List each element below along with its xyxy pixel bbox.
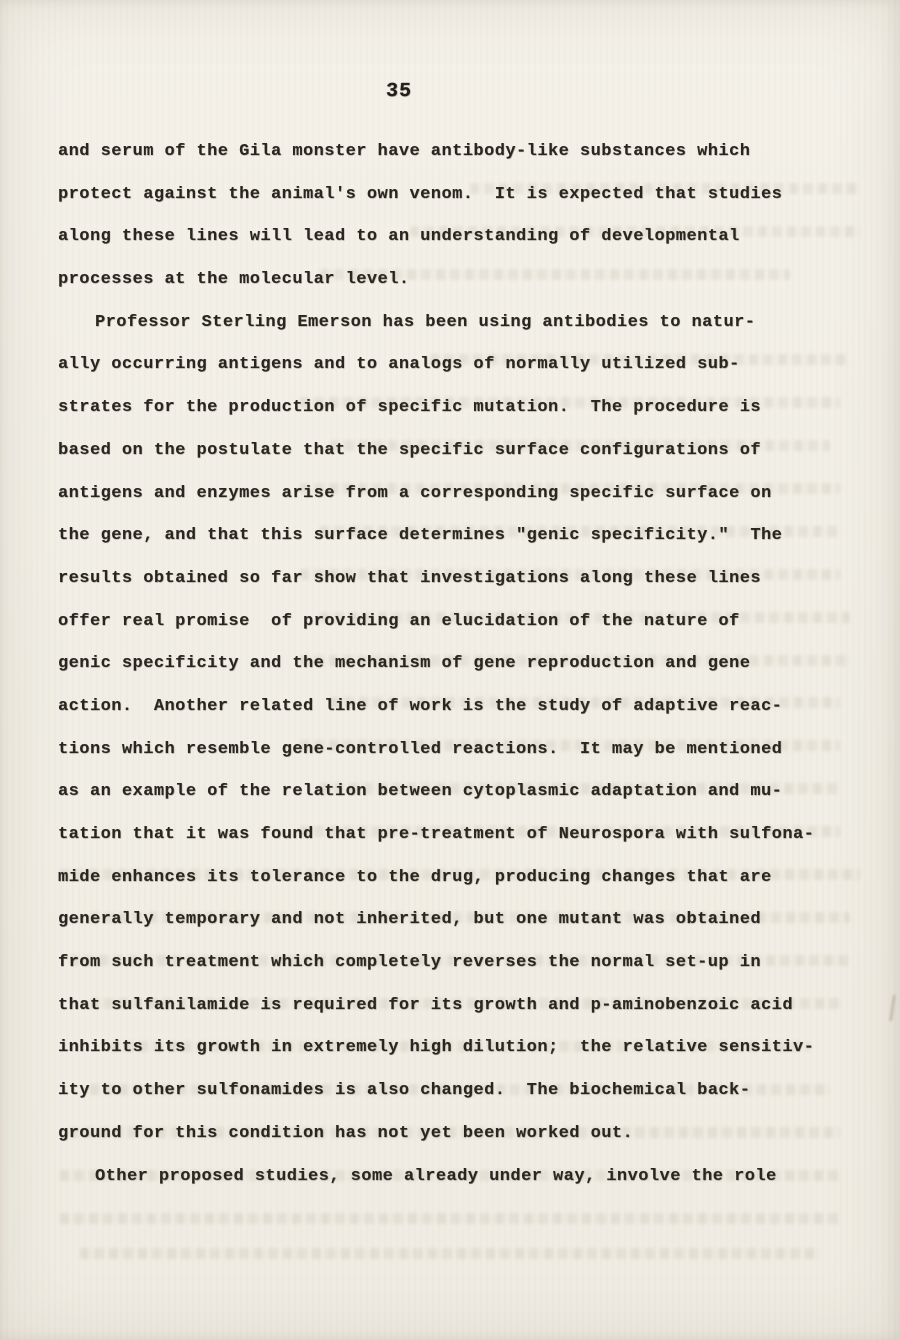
bleed-through-line [80,1248,820,1259]
text-line: Other proposed studies, some already und… [58,1156,858,1199]
text-line: action. Another related line of work is … [58,686,858,729]
text-line: tation that it was found that pre-treatm… [58,814,858,857]
text-line: mide enhances its tolerance to the drug,… [58,857,858,900]
text-line: Professor Sterling Emerson has been usin… [58,302,858,345]
text-line: processes at the molecular level. [58,259,858,302]
page-text: and serum of the Gila monster have antib… [58,131,858,1198]
scanned-document-page: { "document": { "page_number": "35", "li… [0,0,900,1340]
text-line: inhibits its growth in extremely high di… [58,1027,858,1070]
page-number: 35 [386,80,413,103]
text-line: strates for the production of specific m… [58,387,858,430]
text-line: ity to other sulfonamides is also change… [58,1070,858,1113]
text-line: based on the postulate that the specific… [58,430,858,473]
text-line: along these lines will lead to an unders… [58,216,858,259]
text-line: results obtained so far show that invest… [58,558,858,601]
text-line: tions which resemble gene-controlled rea… [58,729,858,772]
scan-edge-mark [889,995,896,1021]
text-line: and serum of the Gila monster have antib… [58,131,858,174]
text-line: as an example of the relation between cy… [58,771,858,814]
text-line: ally occurring antigens and to analogs o… [58,344,858,387]
text-line: generally temporary and not inherited, b… [58,899,858,942]
text-line: from such treatment which completely rev… [58,942,858,985]
bleed-through-line [60,1213,840,1224]
text-line: antigens and enzymes arise from a corres… [58,473,858,516]
text-line: the gene, and that this surface determin… [58,515,858,558]
text-line: that sulfanilamide is required for its g… [58,985,858,1028]
text-line: protect against the animal's own venom. … [58,174,858,217]
text-line: genic specificity and the mechanism of g… [58,643,858,686]
text-line: offer real promise of providing an eluci… [58,601,858,644]
text-line: ground for this condition has not yet be… [58,1113,858,1156]
